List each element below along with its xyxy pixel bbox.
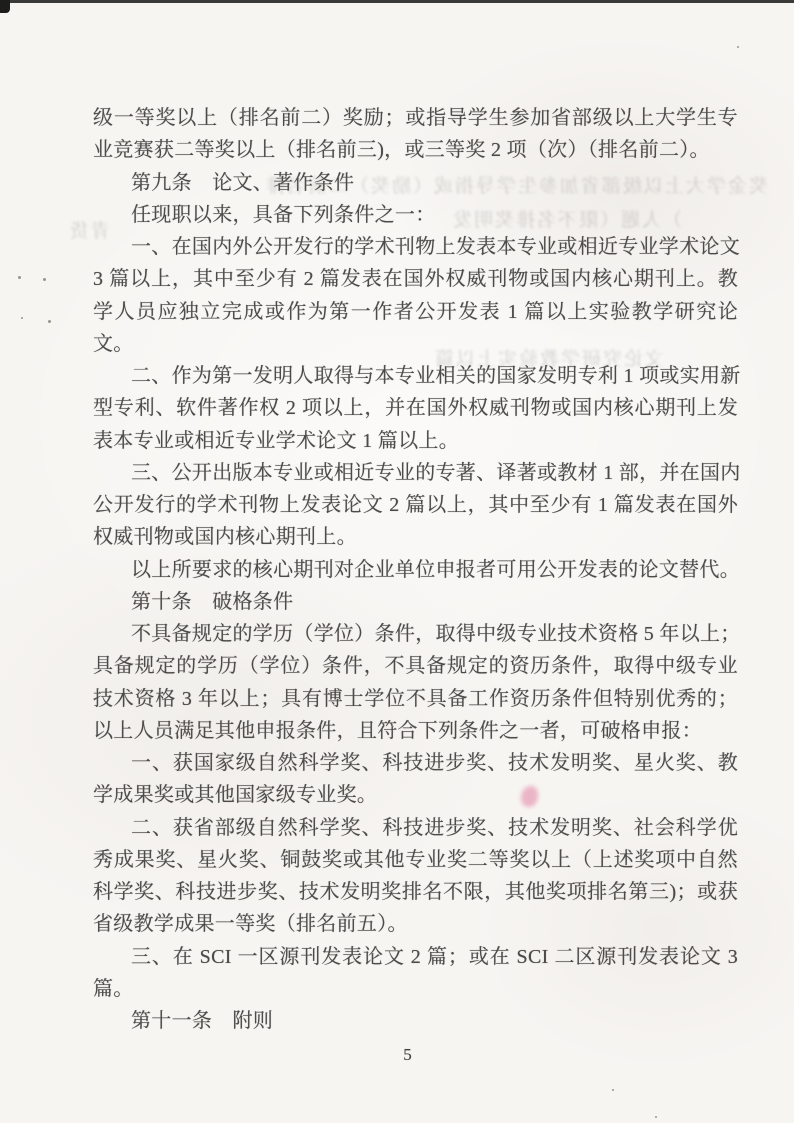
text-line: 公开发行的学术刊物上发表论文 2 篇以上，其中至少有 1 篇发表在国外: [93, 489, 738, 521]
scan-speck: [18, 276, 21, 279]
text-line: 学人员应独立完成或作为第一作者公开发表 1 篇以上实验教学研究论: [93, 296, 738, 328]
scan-speck: [43, 278, 46, 281]
text-line: 二、获省部级自然科学奖、科技进步奖、技术发明奖、社会科学优: [93, 812, 738, 844]
page-number: 5: [0, 1045, 794, 1065]
scan-speck: [655, 1116, 657, 1118]
scan-speck: [737, 46, 739, 48]
text-line: 技术资格 3 年以上；具有博士学位不具备工作资历条件但特别优秀的；: [93, 683, 738, 715]
text-line: 第十一条 附则: [93, 1005, 738, 1037]
text-line: 以上所要求的核心期刊对企业单位申报者可用公开发表的论文替代。: [93, 554, 738, 586]
text-line: 三、在 SCI 一区源刊发表论文 2 篇；或在 SCI 二区源刊发表论文 3: [93, 941, 738, 973]
scan-speck: [48, 320, 51, 323]
text-line: 文。: [93, 328, 738, 360]
text-line: 以上人员满足其他申报条件，且符合下列条件之一者，可破格申报：: [93, 715, 738, 747]
text-line: 省级教学成果一等奖（排名前五）。: [93, 908, 738, 940]
text-line: 不具备规定的学历（学位）条件，取得中级专业技术资格 5 年以上；: [93, 618, 738, 650]
text-line: 表本专业或相近专业学术论文 1 篇以上。: [93, 425, 738, 457]
text-line: 三、公开出版本专业或相近专业的专著、译著或教材 1 部，并在国内: [93, 457, 738, 489]
text-line: 篇。: [93, 973, 738, 1005]
text-line: 第九条 论文、著作条件: [93, 167, 738, 199]
text-line: 学成果奖或其他国家级专业奖。: [93, 779, 738, 811]
scan-speck: [21, 317, 23, 319]
text-line: 型专利、软件著作权 2 项以上，并在国外权威刊物或国内核心期刊上发: [93, 392, 738, 424]
document-text: 级一等奖以上（排名前二）奖励；或指导学生参加省部级以上大学生专业竞赛获二等奖以上…: [93, 102, 738, 1037]
text-line: 业竞赛获二等奖以上（排名前三)，或三等奖 2 项（次）（排名前二）。: [93, 134, 738, 166]
scan-speck: [612, 1089, 614, 1091]
text-line: 级一等奖以上（排名前二）奖励；或指导学生参加省部级以上大学生专: [93, 102, 738, 134]
text-line: 权威刊物或国内核心期刊上。: [93, 521, 738, 553]
text-line: 一、在国内外公开发行的学术刊物上发表本专业或相近专业学术论文: [93, 231, 738, 263]
scanned-page: 级一等奖以上（排名前二）奖励；或指导学生参加省部级以上大学生专业竞赛获二等奖以上…: [0, 0, 794, 1123]
scanner-edge-artifact: [0, 0, 794, 3]
text-line: 具备规定的学历（学位）条件，不具备规定的资历条件，取得中级专业: [93, 650, 738, 682]
text-line: 3 篇以上，其中至少有 2 篇发表在国外权威刊物或国内核心期刊上。教: [93, 263, 738, 295]
corner-scan-blob: [0, 0, 10, 13]
text-line: 第十条 破格条件: [93, 586, 738, 618]
text-line: 科学奖、科技进步奖、技术发明奖排名不限，其他奖项排名第三)；或获: [93, 876, 738, 908]
text-line: 任现职以来，具备下列条件之一：: [93, 199, 738, 231]
text-line: 二、作为第一发明人取得与本专业相关的国家发明专利 1 项或实用新: [93, 360, 738, 392]
text-line: 秀成果奖、星火奖、铜鼓奖或其他专业奖二等奖以上（上述奖项中自然: [93, 844, 738, 876]
text-line: 一、获国家级自然科学奖、科技进步奖、技术发明奖、星火奖、教: [93, 747, 738, 779]
